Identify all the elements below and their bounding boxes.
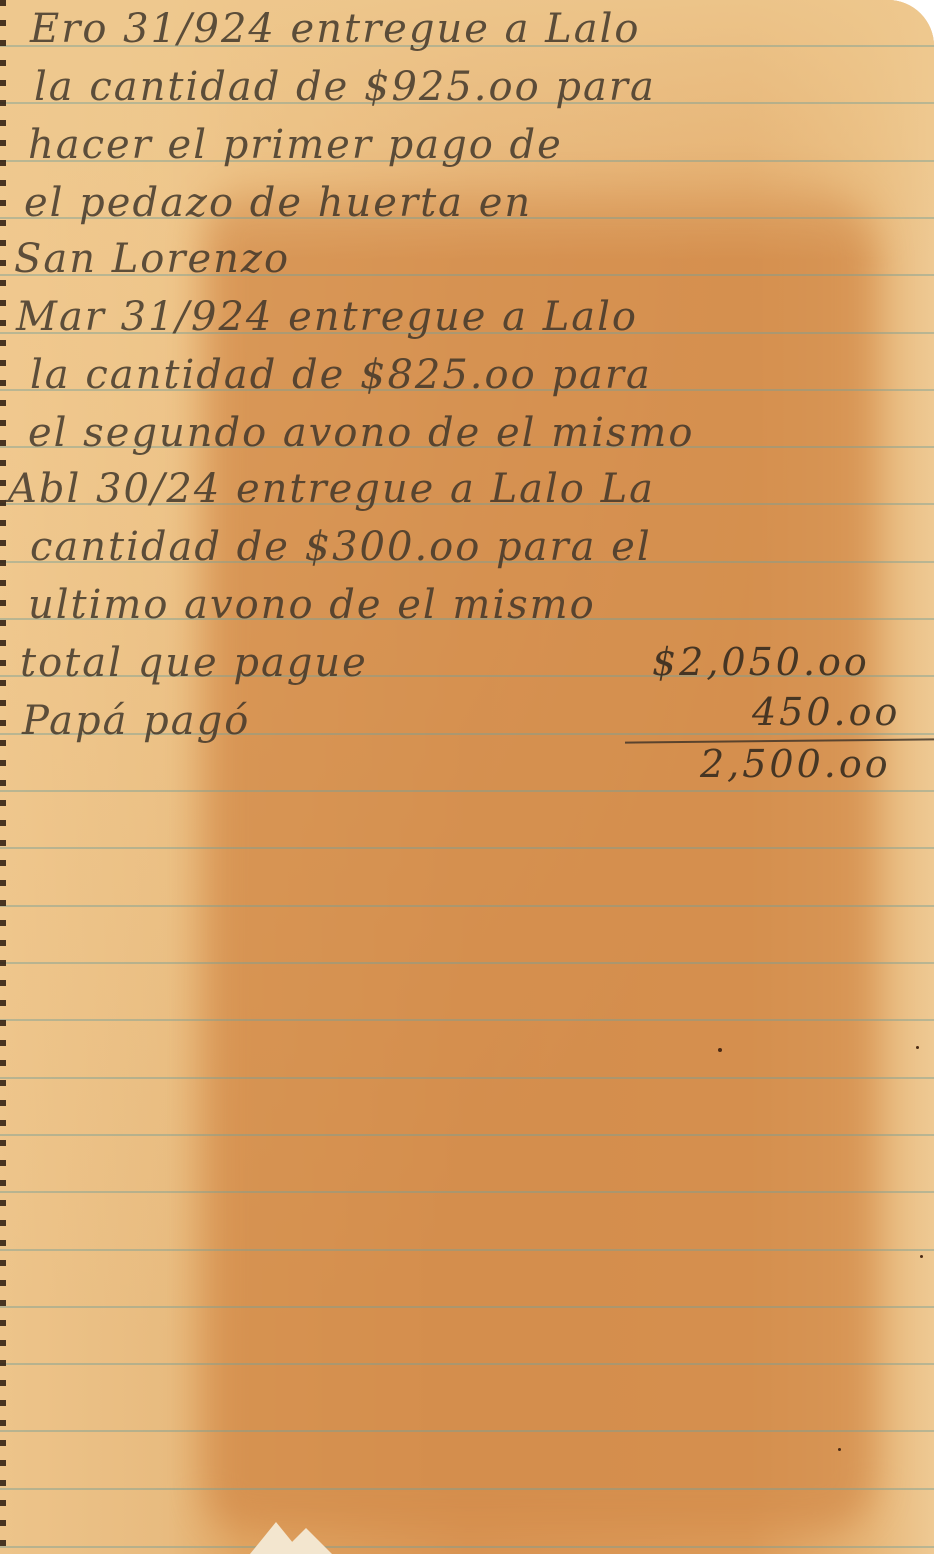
speck bbox=[838, 1448, 841, 1451]
text-line-9: Abl 30/24 entregue a Lalo La bbox=[8, 466, 655, 512]
papa-amount: 450.oo bbox=[752, 690, 900, 734]
text-line-3: hacer el primer pago de bbox=[28, 122, 563, 168]
total-amount: $2,050.oo bbox=[652, 640, 870, 684]
notebook-page: Ero 31/924 entregue a Lalo la cantidad d… bbox=[0, 0, 934, 1554]
papa-label: Papá pagó bbox=[22, 698, 250, 744]
text-line-11: ultimo avono de el mismo bbox=[28, 582, 596, 628]
grand-total: 2,500.oo bbox=[700, 742, 891, 786]
torn-paper-fragment bbox=[280, 1528, 332, 1554]
text-line-6: Mar 31/924 entregue a Lalo bbox=[16, 294, 638, 340]
text-line-2: la cantidad de $925.oo para bbox=[34, 64, 656, 110]
speck bbox=[718, 1048, 722, 1052]
total-label: total que pague bbox=[20, 640, 368, 686]
text-line-10: cantidad de $300.oo para el bbox=[30, 524, 652, 570]
handwritten-text: Ero 31/924 entregue a Lalo la cantidad d… bbox=[0, 0, 934, 1554]
text-line-4: el pedazo de huerta en bbox=[24, 180, 532, 226]
text-line-1: Ero 31/924 entregue a Lalo bbox=[30, 6, 640, 52]
text-line-5: San Lorenzo bbox=[14, 236, 290, 282]
text-line-8: el segundo avono de el mismo bbox=[28, 410, 694, 456]
speck bbox=[916, 1046, 919, 1049]
speck bbox=[920, 1255, 923, 1258]
text-line-7: la cantidad de $825.oo para bbox=[30, 352, 652, 398]
